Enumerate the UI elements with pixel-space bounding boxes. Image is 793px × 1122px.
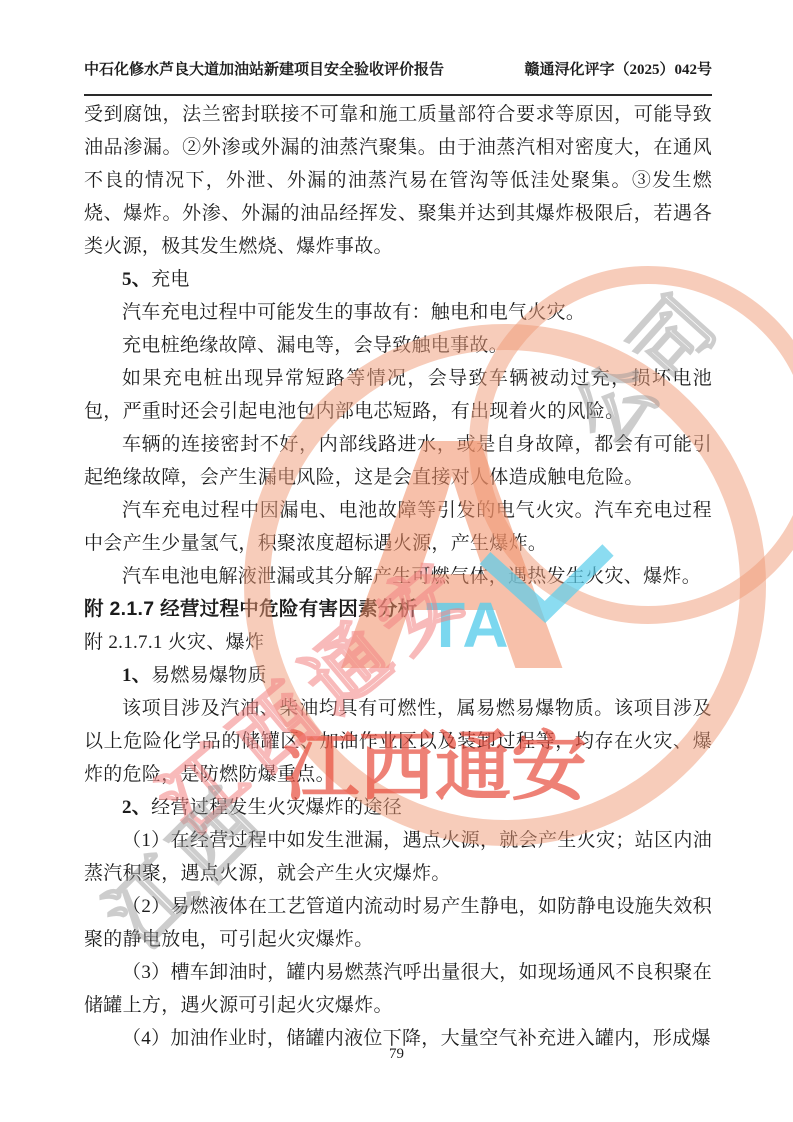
paragraph: 如果充电桩出现异常短路等情况，会导致车辆被动过充，损坏电池包，严重时还会引起电池… xyxy=(84,362,712,428)
paragraph: 充电桩绝缘故障、漏电等，会导致触电事故。 xyxy=(84,329,712,362)
report-page: { "header": { "left_title": "中石化修水芦良大道加油… xyxy=(0,0,793,1122)
page-header: 中石化修水芦良大道加油站新建项目安全验收评价报告 赣通浔化评字（2025）042… xyxy=(84,58,712,79)
paragraph: （3）槽车卸油时，罐内易燃蒸汽呼出量很大，如现场通风不良积聚在储罐上方，遇火源可… xyxy=(84,956,712,1022)
report-title: 中石化修水芦良大道加油站新建项目安全验收评价报告 xyxy=(84,58,444,79)
paragraph: （1）在经营过程中如发生泄漏，遇点火源，就会产生火灾；站区内油蒸汽积聚，遇点火源… xyxy=(84,824,712,890)
list-heading: 2、经营过程发生火灾爆炸的途径 xyxy=(84,791,712,824)
list-heading: 5、充电 xyxy=(84,263,712,296)
paragraph: 车辆的连接密封不好，内部线路进水，或是自身故障，都会有可能引起绝缘故障，会产生漏… xyxy=(84,428,712,494)
document-reference-number: 赣通浔化评字（2025）042号 xyxy=(524,58,712,79)
paragraph: 汽车充电过程中可能发生的事故有：触电和电气火灾。 xyxy=(84,296,712,329)
paragraph: 该项目涉及汽油、柴油均具有可燃性，属易燃易爆物质。该项目涉及以上危险化学品的储罐… xyxy=(84,692,712,791)
document-body: 受到腐蚀，法兰密封联接不可靠和施工质量部符合要求等原因，可能导致油品渗漏。②外渗… xyxy=(84,98,712,1055)
paragraph: 汽车充电过程中因漏电、电池故障等引发的电气火灾。汽车充电过程中会产生少量氢气，积… xyxy=(84,494,712,560)
page-number: 79 xyxy=(389,1046,404,1062)
paragraph: 受到腐蚀，法兰密封联接不可靠和施工质量部符合要求等原因，可能导致油品渗漏。②外渗… xyxy=(84,98,712,263)
header-divider xyxy=(84,94,712,96)
paragraph: （2）易燃液体在工艺管道内流动时易产生静电，如防静电设施失效积聚的静电放电，可引… xyxy=(84,890,712,956)
subsection-heading: 附 2.1.7.1 火灾、爆炸 xyxy=(84,626,712,659)
section-heading: 附 2.1.7 经营过程中危险有害因素分析 xyxy=(84,593,712,626)
list-heading: 1、易燃易爆物质 xyxy=(84,659,712,692)
page-footer: 79 xyxy=(0,1046,793,1063)
paragraph: 汽车电池电解液泄漏或其分解产生可燃气体，遇热发生火灾、爆炸。 xyxy=(84,560,712,593)
